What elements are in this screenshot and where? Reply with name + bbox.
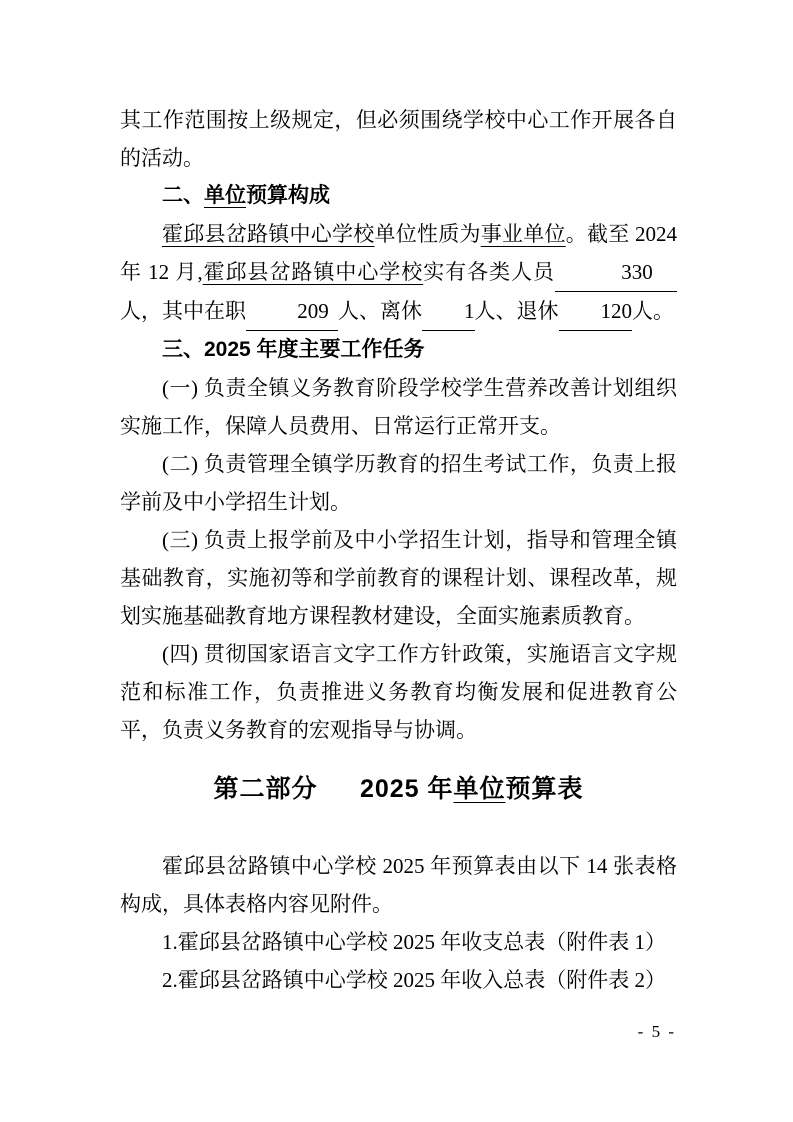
section2-text: 人。 <box>632 299 674 323</box>
section2-text: 人，其中在职 <box>120 299 246 323</box>
task-item-4: (四) 贯彻国家语言文字工作方针政策，实施语言文字规范和标准工作，负责推进义务教… <box>120 635 677 749</box>
org-name-underlined: 霍邱县岔路镇中心学校 <box>162 222 375 246</box>
document-page: 其工作范围按上级规定，但必须围绕学校中心工作开展各自的活动。 二、单位预算构成 … <box>0 0 793 1122</box>
page-number: - 5 - <box>0 1014 676 1050</box>
lixiu-staff-blank: 1 <box>422 292 475 331</box>
task-item-3: (三) 负责上报学前及中小学招生计划，指导和管理全镇基础教育，实施初等和学前教育… <box>120 521 677 635</box>
part2-title: 第二部分2025 年单位预算表 <box>120 769 677 809</box>
total-staff-blank: 330 <box>555 253 677 292</box>
org-name-underlined: 霍邱县岔路镇中心学校 <box>203 260 424 284</box>
section2-heading: 二、单位预算构成 <box>120 177 677 215</box>
section2-heading-suffix: 预算构成 <box>246 184 330 207</box>
task-item-1: (一) 负责全镇义务教育阶段学校学生营养改善计划组织实施工作，保障人员费用、日常… <box>120 369 677 445</box>
part2-title-mid: 2025 年 <box>360 775 454 803</box>
part2-title-underlined-term: 单位 <box>454 775 506 803</box>
part2-intro-paragraph: 霍邱县岔路镇中心学校 2025 年预算表由以下 14 张表格构成，具体表格内容见… <box>120 847 677 923</box>
section3-heading: 三、2025 年度主要工作任务 <box>120 331 677 369</box>
section2-text: 单位性质为 <box>375 222 481 246</box>
section2-paragraph: 霍邱县岔路镇中心学校单位性质为事业单位。截至 2024 年 12 月,霍邱县岔路… <box>120 215 677 331</box>
section2-text: 人、离休 <box>338 299 422 323</box>
retired-staff-blank: 120 <box>559 292 633 331</box>
table-list-item-2: 2.霍邱县岔路镇中心学校 2025 年收入总表（附件表 2） <box>120 961 677 999</box>
task-item-2: (二) 负责管理全镇学历教育的招生考试工作，负责上报学前及中小学招生计划。 <box>120 445 677 521</box>
page-content: 其工作范围按上级规定，但必须围绕学校中心工作开展各自的活动。 二、单位预算构成 … <box>120 101 677 999</box>
section2-heading-underlined-term: 单位 <box>204 184 246 207</box>
table-list-item-1: 1.霍邱县岔路镇中心学校 2025 年收支总表（附件表 1） <box>120 923 677 961</box>
section2-text: 实有各类人员 <box>423 260 555 284</box>
continuation-paragraph: 其工作范围按上级规定，但必须围绕学校中心工作开展各自的活动。 <box>120 101 677 177</box>
section2-heading-prefix: 二、 <box>162 184 204 207</box>
section2-text: 人、退休 <box>475 299 559 323</box>
unit-type-underlined: 事业单位 <box>481 222 566 246</box>
part2-title-prefix: 第二部分 <box>213 775 317 803</box>
active-staff-blank: 209 <box>246 292 338 331</box>
part2-title-suffix: 预算表 <box>506 775 584 803</box>
